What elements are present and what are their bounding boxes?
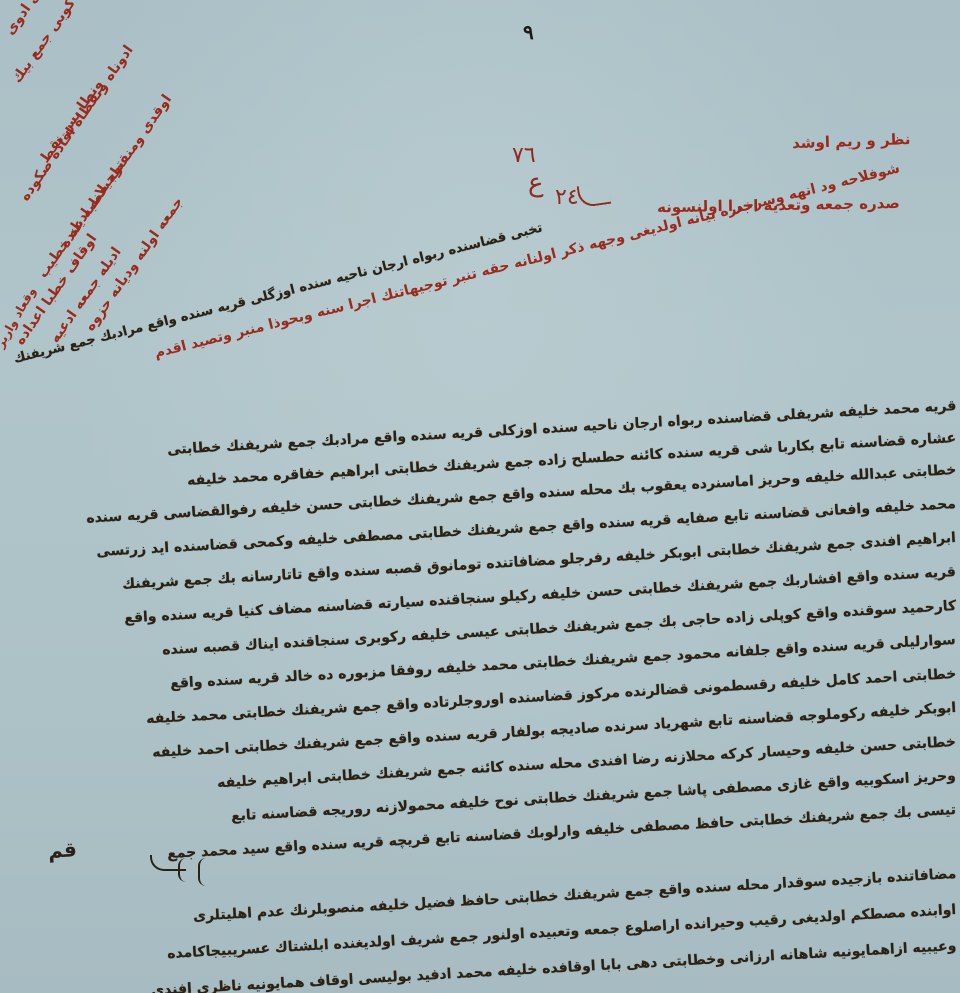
- bracket-mark-1: [178, 858, 186, 882]
- date-mark-3: ٢٤: [555, 185, 579, 210]
- date-mark-2: ع: [528, 168, 544, 198]
- bracket-mark-2: [198, 858, 206, 886]
- page-number: ٩: [523, 20, 534, 44]
- signature-mark: قم: [47, 837, 77, 863]
- date-mark-1: ٧٦: [512, 143, 536, 168]
